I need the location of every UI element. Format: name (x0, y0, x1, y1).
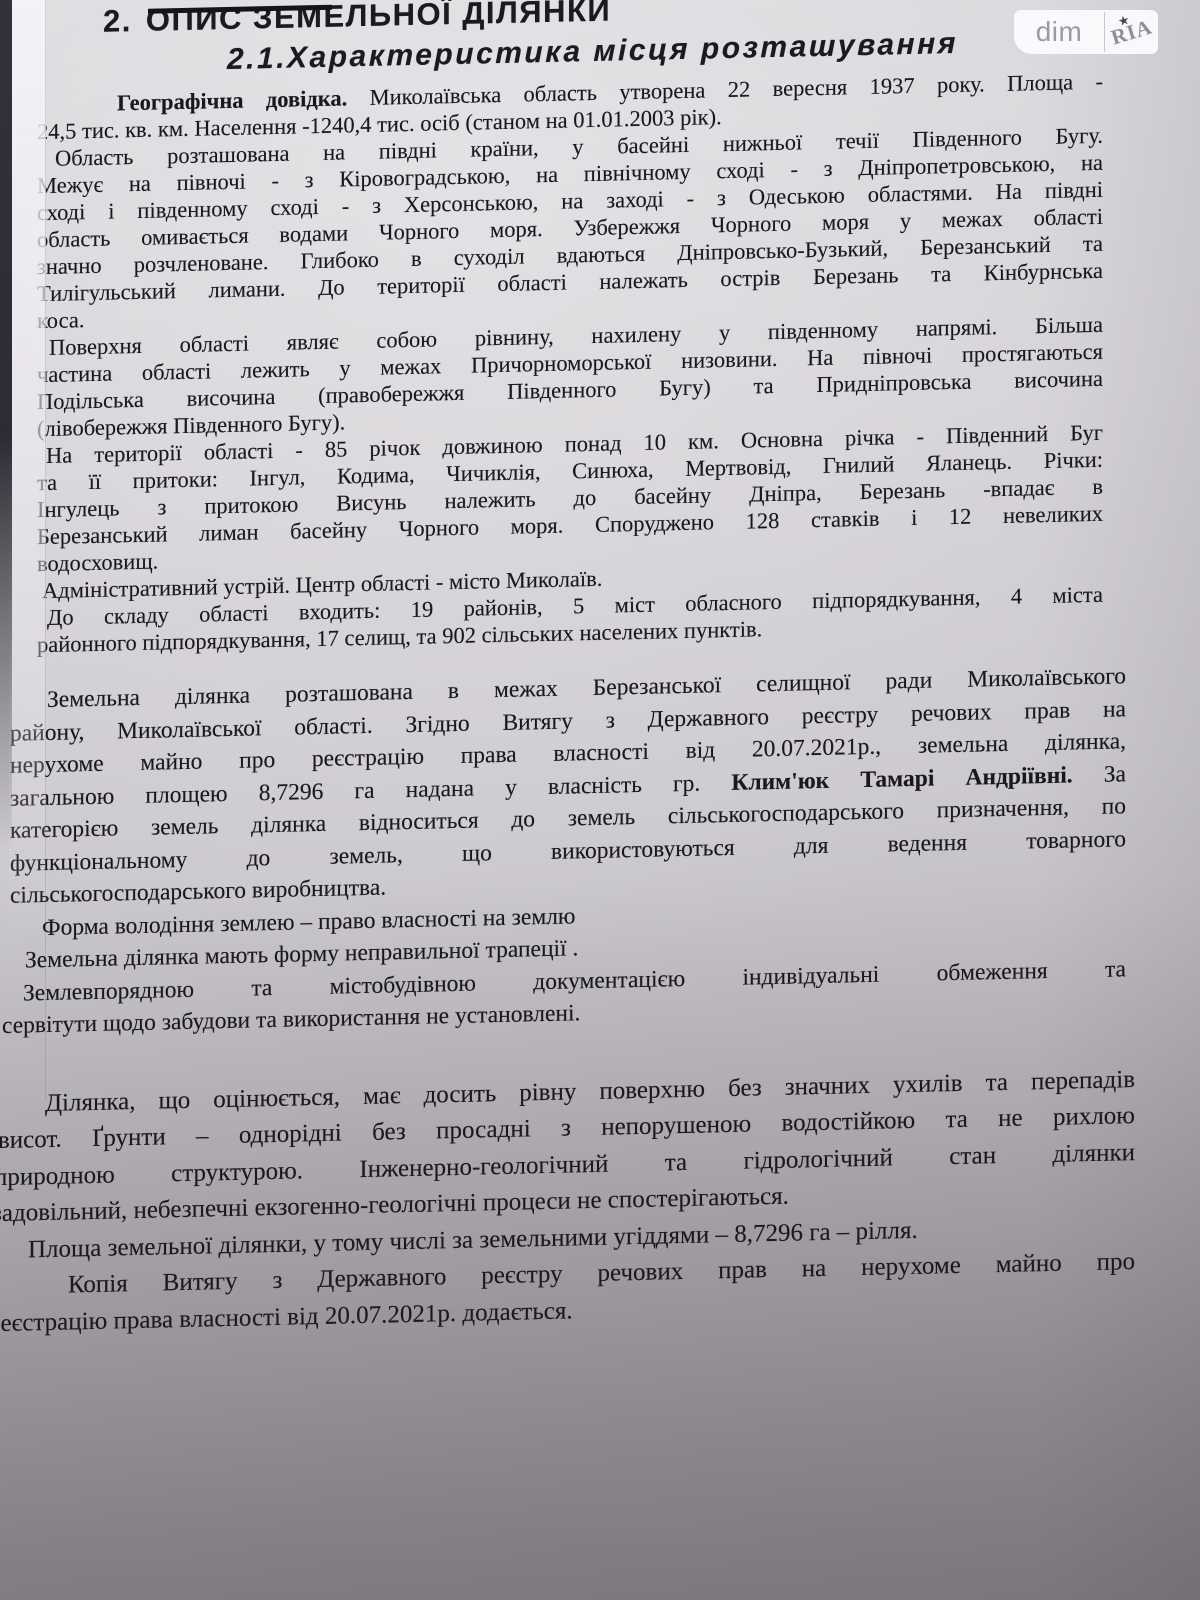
dim-logo-text: dim (1014, 10, 1104, 54)
geographic-reference-section: Географічна довідка. Миколаївська област… (0, 68, 1103, 659)
ria-logo-text: RIA (1108, 14, 1155, 50)
ria-logo: ★ RIA (1105, 10, 1158, 54)
land-plot-description-section: Земельна ділянка розташована в межах Бер… (0, 660, 1126, 1042)
paragraph-lead-bold: Географічна довідка. (117, 85, 347, 115)
document-page: 2.ОПИС ЗЕМЕЛЬНОЇ ДІЛЯНКИ 2.1.Характерист… (0, 0, 1200, 1342)
dim-ria-watermark: dim ★ RIA (1014, 10, 1158, 54)
scanned-document-photo: { "watermark": { "dim": "dim", "ria": "R… (0, 0, 1200, 1600)
text-span: За (1073, 761, 1126, 788)
terrain-and-area-section: Ділянка, що оцінюється, має досить рівну… (0, 1062, 1135, 1342)
section-number: 2. (103, 3, 132, 39)
owner-name-bold: Клим'юк Тамарі Андріївні. (731, 762, 1072, 796)
section-title: ОПИС ЗЕМЕЛЬНОЇ ДІЛЯНКИ (146, 0, 611, 38)
